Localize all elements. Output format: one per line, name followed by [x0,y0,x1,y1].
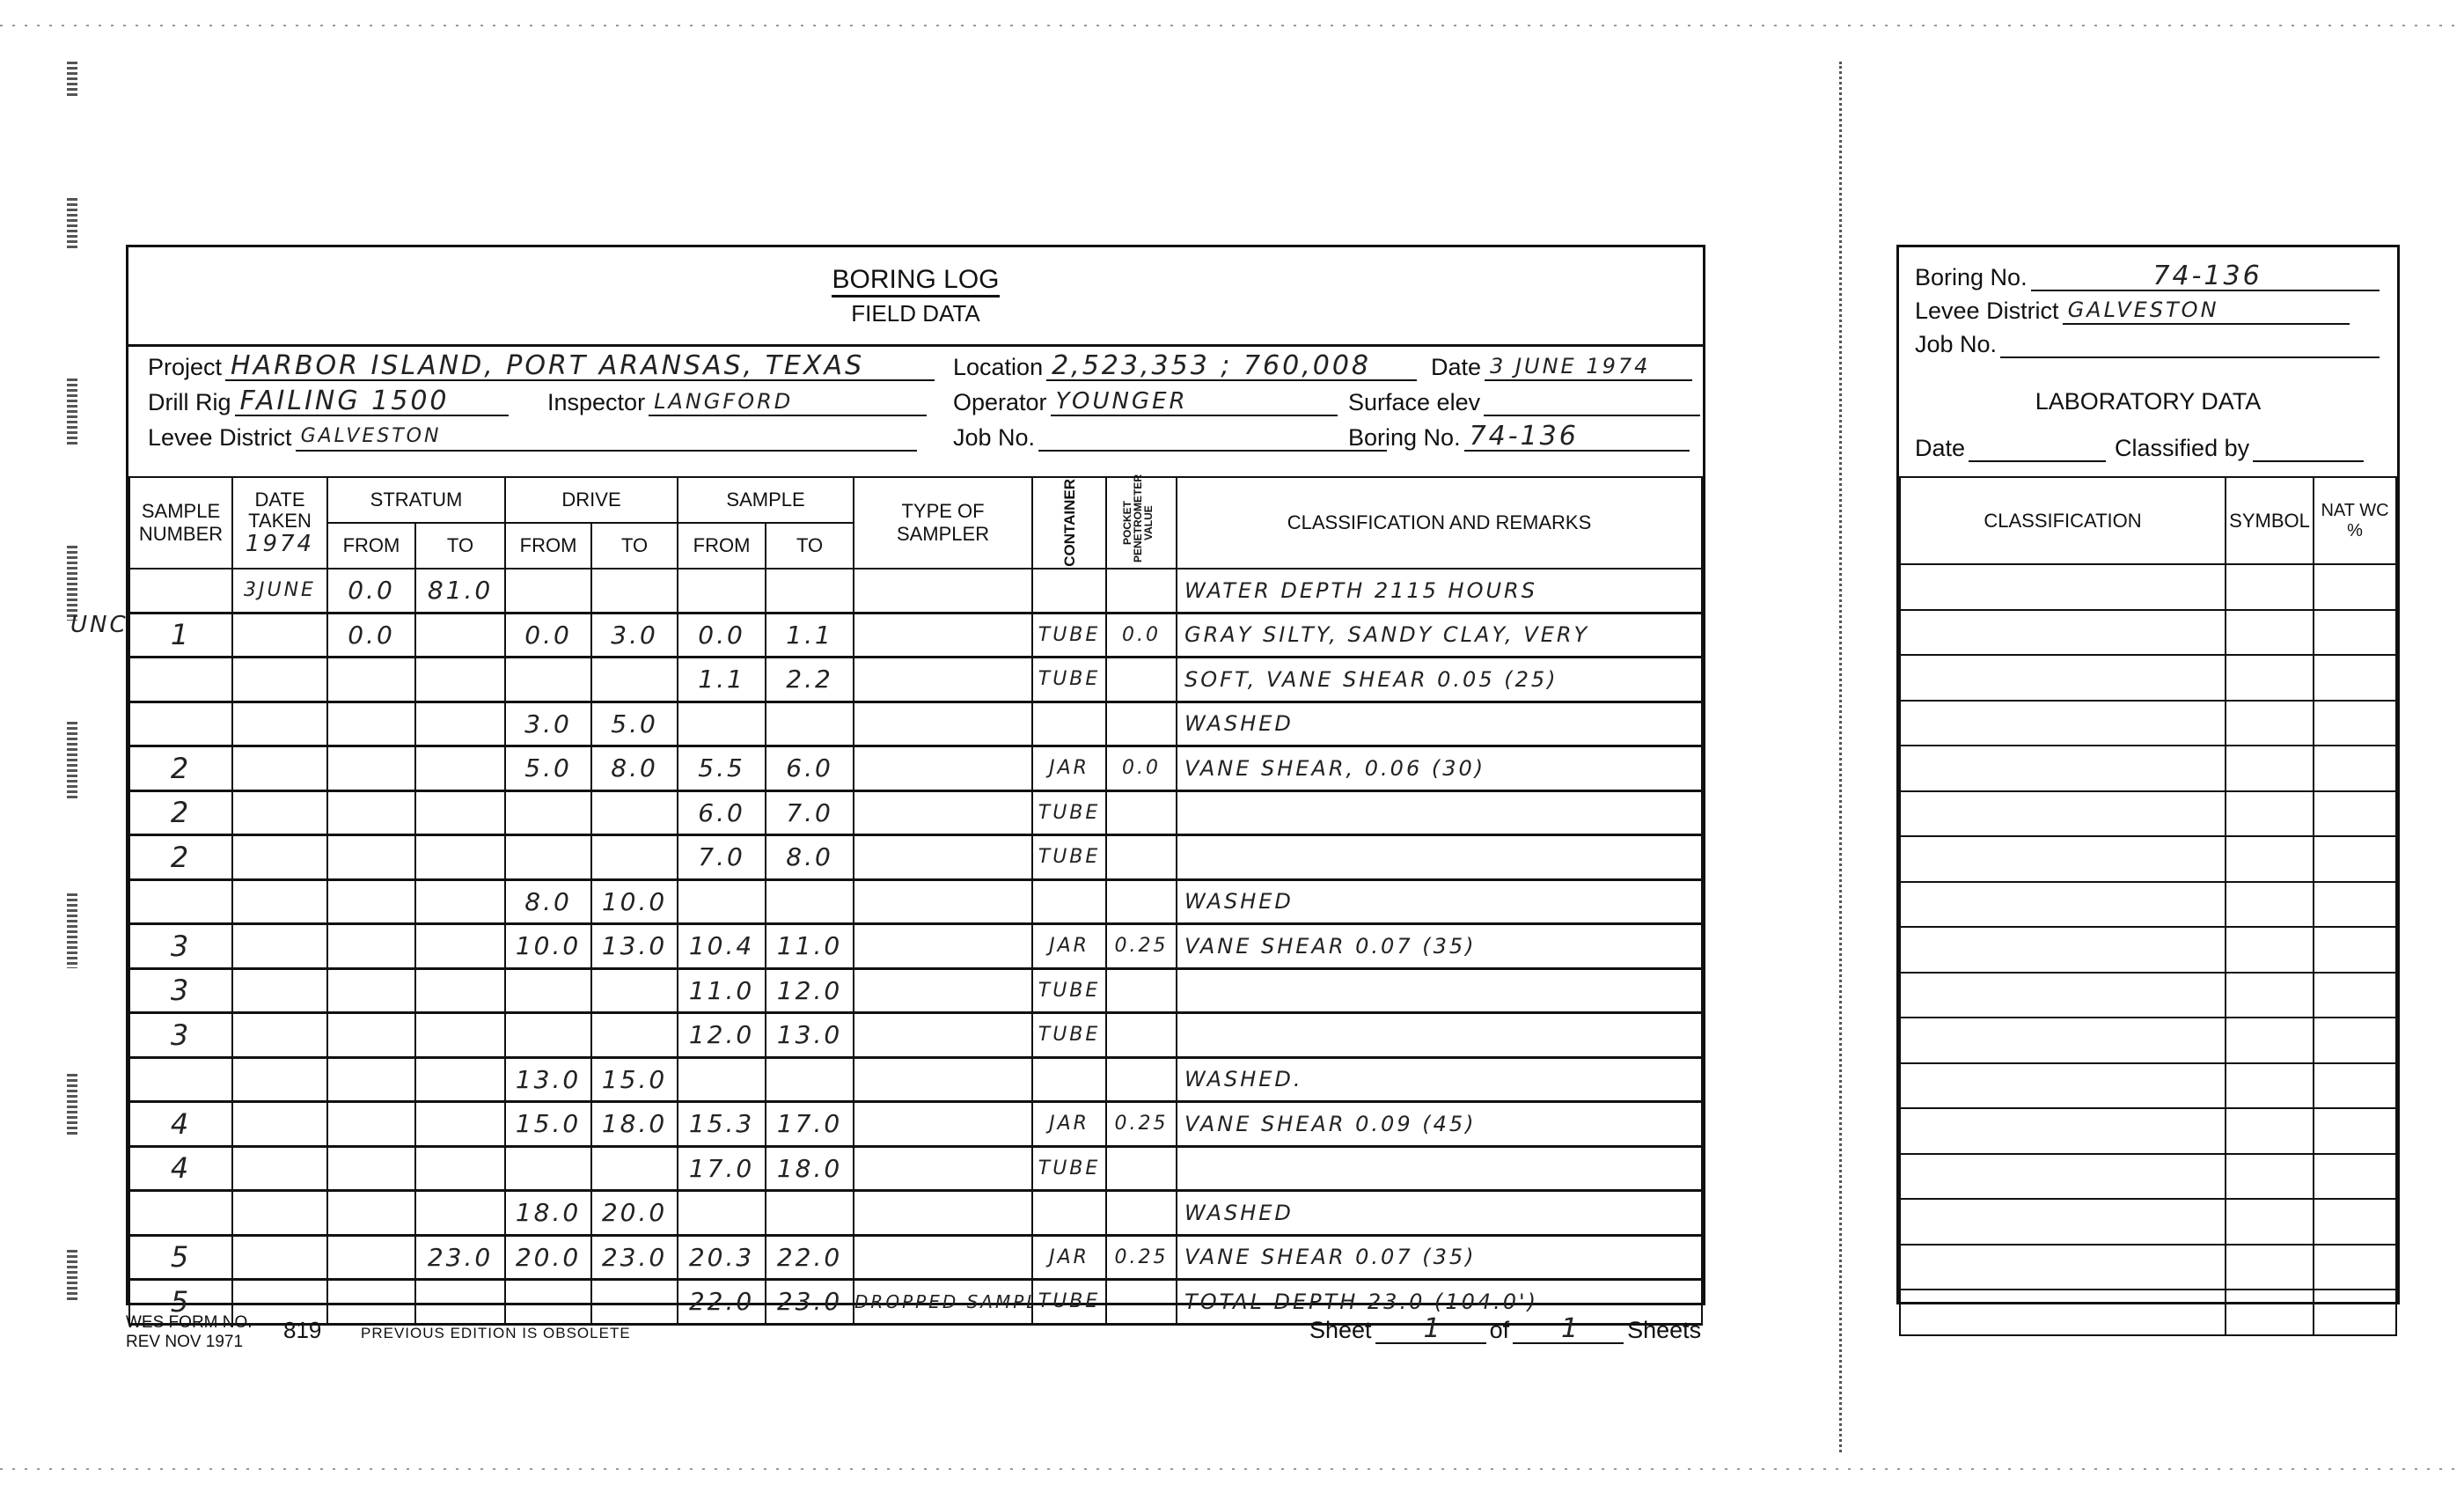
sample-number-cell[interactable]: 5 [129,1235,232,1280]
operator-label: Operator [953,389,1051,416]
sample-to-cell[interactable]: 1.1 [766,613,854,658]
stratum-to-cell[interactable] [415,924,505,969]
lab-job-no-label: Job No. [1915,331,2000,358]
sample-to-cell[interactable]: 8.0 [766,835,854,880]
drive-from-cell[interactable]: 0.0 [505,613,591,658]
date-cell[interactable]: 3JUNE [232,569,327,613]
sampler-cell[interactable] [854,879,1032,924]
sample-to-cell[interactable]: 22.0 [766,1235,854,1280]
symbol-cell[interactable] [2226,1018,2314,1063]
stratum-to-cell[interactable] [415,968,505,1013]
remarks-cell[interactable]: VANE SHEAR, 0.06 (30) [1177,746,1702,791]
stratum-from-cell[interactable] [327,924,415,969]
nat-wc-cell[interactable] [2314,973,2396,1018]
sample-number-cell[interactable] [129,1057,232,1102]
drill-rig-value[interactable]: FAILING 1500 [235,388,509,416]
boring-log-form: BORING LOG FIELD DATA Project HARBOR ISL… [126,245,1705,1305]
sampler-cell[interactable]: DROPPED SAMPLE [854,1280,1032,1325]
drive-to-cell[interactable] [591,835,678,880]
stratum-to-cell[interactable] [415,1146,505,1191]
drive-from-cell[interactable] [505,1280,591,1325]
stratum-to-cell[interactable] [415,1102,505,1147]
lab-job-no-value[interactable] [2000,330,2380,358]
stratum-from-cell[interactable] [327,1191,415,1236]
stratum-to-cell[interactable] [415,702,505,746]
date-cell[interactable] [232,1191,327,1236]
drive-to-cell[interactable] [591,569,678,613]
penetrometer-cell[interactable]: 0.25 [1106,924,1177,969]
symbol-cell[interactable] [2226,655,2314,701]
container-cell[interactable]: TUBE [1032,1146,1106,1191]
stratum-from-cell[interactable] [327,790,415,835]
symbol-cell[interactable] [2226,746,2314,791]
container-cell[interactable] [1032,879,1106,924]
sample-from-cell[interactable]: 6.0 [678,790,766,835]
nat-wc-cell[interactable] [2314,836,2396,882]
penetrometer-cell[interactable]: 0.25 [1106,1102,1177,1147]
header-remarks: CLASSIFICATION AND REMARKS [1177,477,1702,569]
drive-from-cell[interactable]: 5.0 [505,746,591,791]
operator-field: Operator YOUNGER [953,388,1338,416]
remarks-cell[interactable]: SOFT, VANE SHEAR 0.05 (25) [1177,658,1702,702]
container-cell[interactable]: JAR [1032,1102,1106,1147]
drive-from-cell[interactable] [505,569,591,613]
container-cell[interactable]: TUBE [1032,790,1106,835]
nat-wc-cell[interactable] [2314,1063,2396,1109]
drive-to-cell[interactable]: 18.0 [591,1102,678,1147]
classification-cell[interactable] [1900,1290,2226,1335]
sample-number-cell[interactable]: 2 [129,835,232,880]
penetrometer-cell[interactable]: 0.0 [1106,746,1177,791]
sample-from-cell[interactable] [678,1057,766,1102]
sample-from-cell[interactable]: 7.0 [678,835,766,880]
drive-from-cell[interactable]: 20.0 [505,1235,591,1280]
stratum-to-cell[interactable] [415,790,505,835]
container-cell[interactable]: JAR [1032,1235,1106,1280]
classification-cell[interactable] [1900,564,2226,610]
stratum-from-cell[interactable] [327,1235,415,1280]
penetrometer-cell[interactable] [1106,569,1177,613]
drive-to-cell[interactable]: 8.0 [591,746,678,791]
drive-from-cell[interactable]: 3.0 [505,702,591,746]
container-cell[interactable] [1032,1057,1106,1102]
drive-to-cell[interactable] [591,658,678,702]
stratum-from-cell[interactable] [327,835,415,880]
drive-to-cell[interactable] [591,1013,678,1058]
drive-to-cell[interactable] [591,1280,678,1325]
sample-number-cell[interactable] [129,879,232,924]
container-cell[interactable] [1032,702,1106,746]
drive-to-cell[interactable] [591,1146,678,1191]
stratum-from-cell[interactable] [327,1280,415,1325]
stratum-to-cell[interactable] [415,658,505,702]
sampler-cell[interactable] [854,1102,1032,1147]
remarks-cell[interactable]: WASHED [1177,879,1702,924]
penetrometer-cell[interactable] [1106,790,1177,835]
lab-boring-no-value[interactable]: 74-136 [2031,263,2380,291]
sample-number-cell[interactable] [129,658,232,702]
date-cell[interactable] [232,1102,327,1147]
symbol-cell[interactable] [2226,1063,2314,1109]
sample-from-cell[interactable]: 0.0 [678,613,766,658]
symbol-cell[interactable] [2226,882,2314,928]
nat-wc-cell[interactable] [2314,1199,2396,1245]
date-cell[interactable] [232,702,327,746]
margin-note: UNC [70,612,128,638]
drive-to-cell[interactable] [591,968,678,1013]
date-cell[interactable] [232,613,327,658]
of-label: of [1486,1317,1514,1344]
sampler-cell[interactable] [854,1013,1032,1058]
penetrometer-cell[interactable] [1106,1191,1177,1236]
sample-number-cell[interactable] [129,569,232,613]
lab-classified-by-value[interactable] [2253,434,2364,462]
nat-wc-cell[interactable] [2314,1290,2396,1335]
nat-wc-cell[interactable] [2314,1108,2396,1154]
sampler-cell[interactable] [854,613,1032,658]
classification-cell[interactable] [1900,1018,2226,1063]
stratum-to-cell[interactable]: 81.0 [415,569,505,613]
stratum-from-cell[interactable] [327,879,415,924]
job-no-value[interactable] [1038,423,1387,452]
sample-to-cell[interactable]: 2.2 [766,658,854,702]
symbol-cell[interactable] [2226,836,2314,882]
stratum-to-cell[interactable] [415,835,505,880]
stratum-to-cell[interactable] [415,1057,505,1102]
location-field: Location 2,523,353 ; 760,008 [953,353,1417,381]
sample-to-cell[interactable]: 6.0 [766,746,854,791]
stratum-from-cell[interactable] [327,1013,415,1058]
penetrometer-cell[interactable]: 0.25 [1106,1235,1177,1280]
drive-to-cell[interactable]: 10.0 [591,879,678,924]
stratum-from-cell[interactable] [327,1102,415,1147]
remarks-cell[interactable] [1177,1146,1702,1191]
lab-date-value[interactable] [1969,434,2106,462]
classification-cell[interactable] [1900,836,2226,882]
sample-to-cell[interactable]: 7.0 [766,790,854,835]
penetrometer-cell[interactable] [1106,1013,1177,1058]
sample-to-cell[interactable]: 18.0 [766,1146,854,1191]
stratum-from-cell[interactable] [327,658,415,702]
drive-to-cell[interactable]: 23.0 [591,1235,678,1280]
sample-from-cell[interactable]: 17.0 [678,1146,766,1191]
penetrometer-cell[interactable]: 0.0 [1106,613,1177,658]
sample-from-cell[interactable] [678,702,766,746]
stratum-to-cell[interactable] [415,1013,505,1058]
sample-from-cell[interactable] [678,879,766,924]
container-cell[interactable] [1032,1191,1106,1236]
drive-to-cell[interactable]: 15.0 [591,1057,678,1102]
drive-from-cell[interactable] [505,1146,591,1191]
sample-from-cell[interactable]: 15.3 [678,1102,766,1147]
sampler-cell[interactable] [854,569,1032,613]
stratum-to-cell[interactable] [415,746,505,791]
sample-to-cell[interactable] [766,702,854,746]
sample-number-cell[interactable] [129,1191,232,1236]
symbol-cell[interactable] [2226,791,2314,837]
table-row: 27.08.0TUBE [129,835,1702,880]
lab-title: LABORATORY DATA [1899,388,2397,415]
sample-to-cell[interactable] [766,1191,854,1236]
classification-cell[interactable] [1900,1108,2226,1154]
classification-cell[interactable] [1900,1199,2226,1245]
drive-from-cell[interactable] [505,1013,591,1058]
nat-wc-cell[interactable] [2314,701,2396,746]
penetrometer-cell[interactable] [1106,702,1177,746]
lab-table-row [1900,836,2396,882]
sample-from-cell[interactable]: 22.0 [678,1280,766,1325]
classification-cell[interactable] [1900,927,2226,973]
drive-from-cell[interactable]: 13.0 [505,1057,591,1102]
operator-value[interactable]: YOUNGER [1051,388,1338,416]
sheet-label: Sheet [1309,1317,1375,1344]
remarks-cell[interactable] [1177,968,1702,1013]
remarks-cell[interactable]: VANE SHEAR 0.07 (35) [1177,1235,1702,1280]
date-cell[interactable] [232,658,327,702]
drive-from-cell[interactable] [505,968,591,1013]
symbol-cell[interactable] [2226,1199,2314,1245]
table-row: 13.015.0WASHED. [129,1057,1702,1102]
stratum-to-cell[interactable] [415,1280,505,1325]
job-no-field: Job No. [953,423,1387,452]
nat-wc-cell[interactable] [2314,610,2396,656]
remarks-cell[interactable]: GRAY SILTY, SANDY CLAY, VERY [1177,613,1702,658]
table-row: 10.00.03.00.01.1TUBE0.0GRAY SILTY, SANDY… [129,613,1702,658]
symbol-cell[interactable] [2226,927,2314,973]
stratum-to-cell[interactable] [415,879,505,924]
classification-cell[interactable] [1900,1154,2226,1200]
sample-number-cell[interactable]: 3 [129,968,232,1013]
container-cell[interactable]: TUBE [1032,968,1106,1013]
sampler-cell[interactable] [854,924,1032,969]
sample-number-cell[interactable]: 2 [129,790,232,835]
header-container: CONTAINER [1032,477,1106,569]
sample-from-cell[interactable]: 11.0 [678,968,766,1013]
symbol-cell[interactable] [2226,564,2314,610]
drive-to-cell[interactable]: 5.0 [591,702,678,746]
classification-cell[interactable] [1900,1063,2226,1109]
inspector-label: Inspector [547,389,649,416]
penetrometer-cell[interactable] [1106,1146,1177,1191]
classification-cell[interactable] [1900,746,2226,791]
binding-mark [67,1074,77,1135]
penetrometer-cell[interactable] [1106,658,1177,702]
container-cell[interactable]: TUBE [1032,1280,1106,1325]
inspector-value[interactable]: LANGFORD [649,388,927,416]
remarks-cell[interactable] [1177,1013,1702,1058]
header-type-of-sampler: TYPE OF SAMPLER [854,477,1032,569]
penetrometer-cell[interactable] [1106,835,1177,880]
nat-wc-cell[interactable] [2314,1018,2396,1063]
sample-to-cell[interactable]: 13.0 [766,1013,854,1058]
penetrometer-cell[interactable] [1106,879,1177,924]
classification-cell[interactable] [1900,882,2226,928]
nat-wc-cell[interactable] [2314,655,2396,701]
boring-no-value[interactable]: 74-136 [1464,423,1690,452]
sample-from-cell[interactable] [678,1191,766,1236]
drive-to-cell[interactable] [591,790,678,835]
sample-number-cell[interactable]: 4 [129,1102,232,1147]
penetrometer-cell[interactable] [1106,1280,1177,1325]
date-cell[interactable] [232,1235,327,1280]
sample-to-cell[interactable]: 11.0 [766,924,854,969]
boring-log-table: SAMPLE NUMBER DATE TAKEN 1974 STRATUM DR… [128,476,1703,1326]
remarks-cell[interactable]: WASHED [1177,702,1702,746]
sheet-value[interactable]: 1 [1375,1316,1486,1344]
remarks-cell[interactable]: WASHED. [1177,1057,1702,1102]
sample-from-cell[interactable]: 5.5 [678,746,766,791]
project-value[interactable]: HARBOR ISLAND, PORT ARANSAS, TEXAS [225,353,935,381]
classification-cell[interactable] [1900,973,2226,1018]
header-pocket-penetrometer: POCKET PENETROMETER VALUE [1106,477,1177,569]
container-cell[interactable]: TUBE [1032,835,1106,880]
date-cell[interactable] [232,879,327,924]
sampler-cell[interactable] [854,968,1032,1013]
drill-rig-label: Drill Rig [148,389,235,416]
sampler-cell[interactable] [854,702,1032,746]
levee-district-value[interactable]: GALVESTON [296,423,917,452]
sampler-cell[interactable] [854,746,1032,791]
sample-number-cell[interactable]: 4 [129,1146,232,1191]
sample-number-cell[interactable] [129,702,232,746]
sample-number-cell[interactable]: 3 [129,924,232,969]
remarks-cell[interactable]: VANE SHEAR 0.07 (35) [1177,924,1702,969]
symbol-cell[interactable] [2226,610,2314,656]
stratum-to-cell[interactable]: 23.0 [415,1235,505,1280]
remarks-cell[interactable]: WASHED [1177,1191,1702,1236]
classification-cell[interactable] [1900,791,2226,837]
nat-wc-cell[interactable] [2314,1245,2396,1290]
sample-from-cell[interactable]: 10.4 [678,924,766,969]
remarks-cell[interactable] [1177,790,1702,835]
stratum-from-cell[interactable] [327,1057,415,1102]
stratum-to-cell[interactable] [415,1191,505,1236]
sample-from-cell[interactable]: 20.3 [678,1235,766,1280]
sampler-cell[interactable] [854,1057,1032,1102]
sampler-cell[interactable] [854,1191,1032,1236]
classification-cell[interactable] [1900,701,2226,746]
date-cell[interactable] [232,1013,327,1058]
date-cell[interactable] [232,835,327,880]
symbol-cell[interactable] [2226,1245,2314,1290]
sample-to-cell[interactable] [766,569,854,613]
container-cell[interactable]: JAR [1032,746,1106,791]
sample-from-cell[interactable]: 1.1 [678,658,766,702]
nat-wc-cell[interactable] [2314,564,2396,610]
sampler-cell[interactable] [854,1235,1032,1280]
classification-cell[interactable] [1900,655,2226,701]
stratum-from-cell[interactable]: 0.0 [327,613,415,658]
sample-number-cell[interactable]: 2 [129,746,232,791]
lab-table-row [1900,973,2396,1018]
sheet-counter: Sheet 1 of 1 Sheets [1309,1316,1705,1344]
drive-from-cell[interactable]: 8.0 [505,879,591,924]
table-row: 25.08.05.56.0JAR0.0VANE SHEAR, 0.06 (30) [129,746,1702,791]
nat-wc-cell[interactable] [2314,1154,2396,1200]
sample-from-cell[interactable] [678,569,766,613]
sample-number-cell[interactable]: 1 [129,613,232,658]
stratum-from-cell[interactable]: 0.0 [327,569,415,613]
drive-to-cell[interactable]: 13.0 [591,924,678,969]
symbol-cell[interactable] [2226,1108,2314,1154]
surface-elev-value[interactable] [1484,388,1700,416]
table-row: 3JUNE0.081.0WATER DEPTH 2115 HOURS [129,569,1702,613]
header-stratum-from: FROM [327,523,415,569]
drive-from-cell[interactable] [505,835,591,880]
sampler-cell[interactable] [854,1146,1032,1191]
symbol-cell[interactable] [2226,1154,2314,1200]
symbol-cell[interactable] [2226,1290,2314,1335]
stratum-to-cell[interactable] [415,613,505,658]
drive-from-cell[interactable]: 15.0 [505,1102,591,1147]
lab-levee-district-value[interactable]: GALVESTON [2063,297,2350,325]
container-cell[interactable]: TUBE [1032,613,1106,658]
symbol-cell[interactable] [2226,973,2314,1018]
container-cell[interactable]: TUBE [1032,1013,1106,1058]
date-cell[interactable] [232,1057,327,1102]
penetrometer-cell[interactable] [1106,968,1177,1013]
sample-to-cell[interactable] [766,1057,854,1102]
nat-wc-cell[interactable] [2314,882,2396,928]
classification-cell[interactable] [1900,1245,2226,1290]
date-cell[interactable] [232,924,327,969]
date-value[interactable]: 3 JUNE 1974 [1485,353,1692,381]
drive-from-cell[interactable] [505,658,591,702]
lab-classified-by-label: Classified by [2106,435,2253,462]
remarks-cell[interactable]: WATER DEPTH 2115 HOURS [1177,569,1702,613]
stratum-from-cell[interactable] [327,746,415,791]
sampler-cell[interactable] [854,790,1032,835]
date-cell[interactable] [232,746,327,791]
nat-wc-cell[interactable] [2314,746,2396,791]
container-cell[interactable] [1032,569,1106,613]
sampler-cell[interactable] [854,835,1032,880]
container-cell[interactable]: JAR [1032,924,1106,969]
penetrometer-cell[interactable] [1106,1057,1177,1102]
drive-to-cell[interactable]: 3.0 [591,613,678,658]
symbol-cell[interactable] [2226,701,2314,746]
binding-mark [67,722,77,801]
sample-to-cell[interactable]: 12.0 [766,968,854,1013]
total-sheets-value[interactable]: 1 [1513,1316,1624,1344]
sample-to-cell[interactable]: 17.0 [766,1102,854,1147]
stratum-from-cell[interactable] [327,702,415,746]
nat-wc-cell[interactable] [2314,927,2396,973]
date-cell[interactable] [232,790,327,835]
stratum-from-cell[interactable] [327,968,415,1013]
location-value[interactable]: 2,523,353 ; 760,008 [1046,353,1417,381]
sample-to-cell[interactable]: 23.0 [766,1280,854,1325]
lab-table-row [1900,882,2396,928]
drive-from-cell[interactable]: 10.0 [505,924,591,969]
drive-to-cell[interactable]: 20.0 [591,1191,678,1236]
date-cell[interactable] [232,968,327,1013]
drive-from-cell[interactable] [505,790,591,835]
remarks-cell[interactable]: VANE SHEAR 0.09 (45) [1177,1102,1702,1147]
sampler-cell[interactable] [854,658,1032,702]
date-cell[interactable] [232,1146,327,1191]
sample-from-cell[interactable]: 12.0 [678,1013,766,1058]
header-drive: DRIVE [505,477,678,523]
nat-wc-cell[interactable] [2314,791,2396,837]
stratum-from-cell[interactable] [327,1146,415,1191]
remarks-cell[interactable] [1177,835,1702,880]
container-cell[interactable]: TUBE [1032,658,1106,702]
sample-number-cell[interactable]: 3 [129,1013,232,1058]
classification-cell[interactable] [1900,610,2226,656]
drive-from-cell[interactable]: 18.0 [505,1191,591,1236]
sample-to-cell[interactable] [766,879,854,924]
